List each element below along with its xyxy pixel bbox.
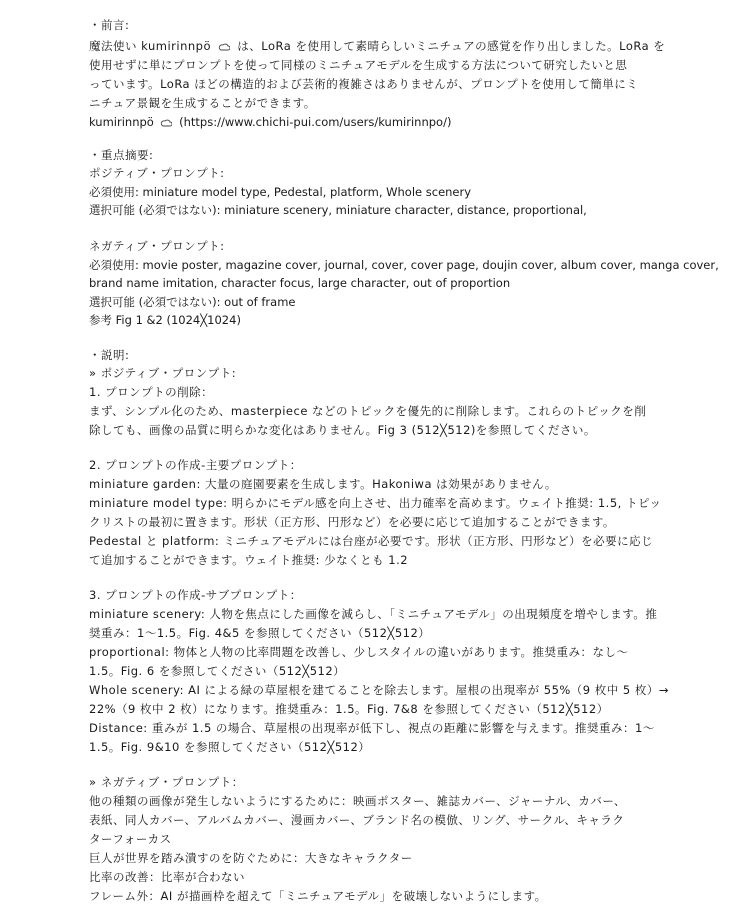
summary-heading: ・重点摘要: [89, 146, 153, 164]
section-3-line-5: Whole scenery: AI による緑の草屋根を建てることを除去します。屋… [89, 681, 669, 699]
intro-paragraph-line-4: ニチュア景観を生成することができます。 [89, 94, 316, 112]
section-2-line-3: クリストの最初に置きます。形状（正方形、円形など）を必要に応じて追加することがで… [89, 513, 615, 531]
section-3-line-2: 奨重み：1～1.5。Fig. 4&5 を参照してください（512╳512） [89, 624, 430, 642]
cloud-icon [160, 119, 172, 127]
intro-paragraph-line-2: 使用せずに単にプロンプトを使って同様のミニチュアモデルを生成する方法について研究… [89, 56, 627, 74]
author-line: kumirinnpö (https://www.chichi-pui.com/u… [89, 113, 451, 131]
cloud-icon [218, 43, 230, 51]
explanation-positive-title: » ポジティブ・プロンプト: [89, 364, 236, 382]
document-page: ・前言: 魔法使い kumirinnpö は、LoRa を使用して素晴らしいミニ… [0, 0, 739, 913]
summary-negative-required-1: 必須使用: movie poster, magazine cover, jour… [89, 256, 719, 274]
section-2-line-4: Pedestal と platform: ミニチュアモデルには台座が必要です。形… [89, 532, 653, 550]
section-3-title: 3. プロンプトの作成-サブプロンプト： [89, 586, 302, 604]
section-1-line-1: まず、シンプル化のため、masterpiece などのトピックを優先的に削除しま… [89, 402, 646, 420]
intro-paragraph-line-1: 魔法使い kumirinnpö は、LoRa を使用して素晴らしいミニチュアの感… [89, 37, 665, 55]
summary-positive-required: 必須使用: miniature model type, Pedestal, pl… [89, 183, 471, 201]
section-2-line-1: miniature garden: 大量の庭園要素を生成します。Hakoniwa… [89, 475, 557, 493]
explanation-negative-title: » ネガティブ・プロンプト： [89, 773, 244, 791]
intro-text-rest: は、LoRa を使用して素晴らしいミニチュアの感覚を作り出しました。LoRa を [237, 39, 665, 53]
section-3-line-8: 1.5。Fig. 9&10 を参照してください（512╳512） [89, 738, 370, 756]
negative-line-4: 巨人が世界を踏み潰すのを防ぐために：大きなキャラクター [89, 849, 413, 867]
negative-line-3: ターフォーカス [89, 830, 172, 848]
author-name: kumirinnpö [89, 115, 154, 129]
negative-line-2: 表紙、同人カバー、アルバムカバー、漫画カバー、ブランド名の模倣、リング、サークル… [89, 811, 624, 829]
section-2-line-2: miniature model type: 明らかにモデル感を向上させ、出力確率… [89, 494, 661, 512]
section-3-line-7: Distance: 重みが 1.5 の場合、草屋根の出現率が低下し、視点の距離に… [89, 719, 655, 737]
intro-heading: ・前言: [89, 16, 129, 34]
section-1-title: 1. プロンプトの削除： [89, 383, 213, 401]
section-3-line-6: 22%（9 枚中 2 枚）になります。推奨重み：1.5。Fig. 7&8 を参照… [89, 700, 609, 718]
explanation-heading: ・説明: [89, 346, 129, 364]
section-2-line-5: て追加することができます。ウェイト推奨: 少なくとも 1.2 [89, 551, 408, 569]
section-3-line-3: proportional: 物体と人物の比率問題を改善し、少しスタイルの違いがあ… [89, 643, 629, 661]
summary-positive-optional: 選択可能 (必須ではない): miniature scenery, miniat… [89, 201, 587, 219]
section-3-line-1: miniature scenery: 人物を焦点にした画像を減らし、「ミニチュア… [89, 605, 657, 623]
section-3-line-4: 1.5。Fig. 6 を参照してください（512╳512） [89, 662, 345, 680]
summary-positive-title: ポジティブ・プロンプト: [89, 164, 224, 182]
summary-negative-optional: 選択可能 (必須ではない): out of frame [89, 293, 296, 311]
section-2-title: 2. プロンプトの作成-主要プロンプト： [89, 456, 302, 474]
negative-line-6: フレーム外：AI が描画枠を超えて「ミニチュアモデル」を破壊しないようにします。 [89, 887, 547, 905]
author-link[interactable]: (https://www.chichi-pui.com/users/kumiri… [179, 115, 451, 129]
summary-reference: 参考 Fig 1 &2 (1024╳1024) [89, 311, 241, 329]
negative-line-1: 他の種類の画像が発生しないようにするために：映画ポスター、雑誌カバー、ジャーナル… [89, 792, 626, 810]
intro-text-start: 魔法使い kumirinnpö [89, 39, 211, 53]
intro-paragraph-line-3: っています。LoRa ほどの構造的および芸術的複雑さはありませんが、プロンプトを… [89, 75, 638, 93]
summary-negative-required-2: brand name imitation, character focus, l… [89, 274, 510, 292]
summary-negative-title: ネガティブ・プロンプト: [89, 237, 224, 255]
negative-line-5: 比率の改善：比率が合わない [89, 868, 245, 886]
section-1-line-2: 除しても、画像の品質に明らかな変化はありません。Fig 3 (512╳512)を… [89, 421, 596, 439]
